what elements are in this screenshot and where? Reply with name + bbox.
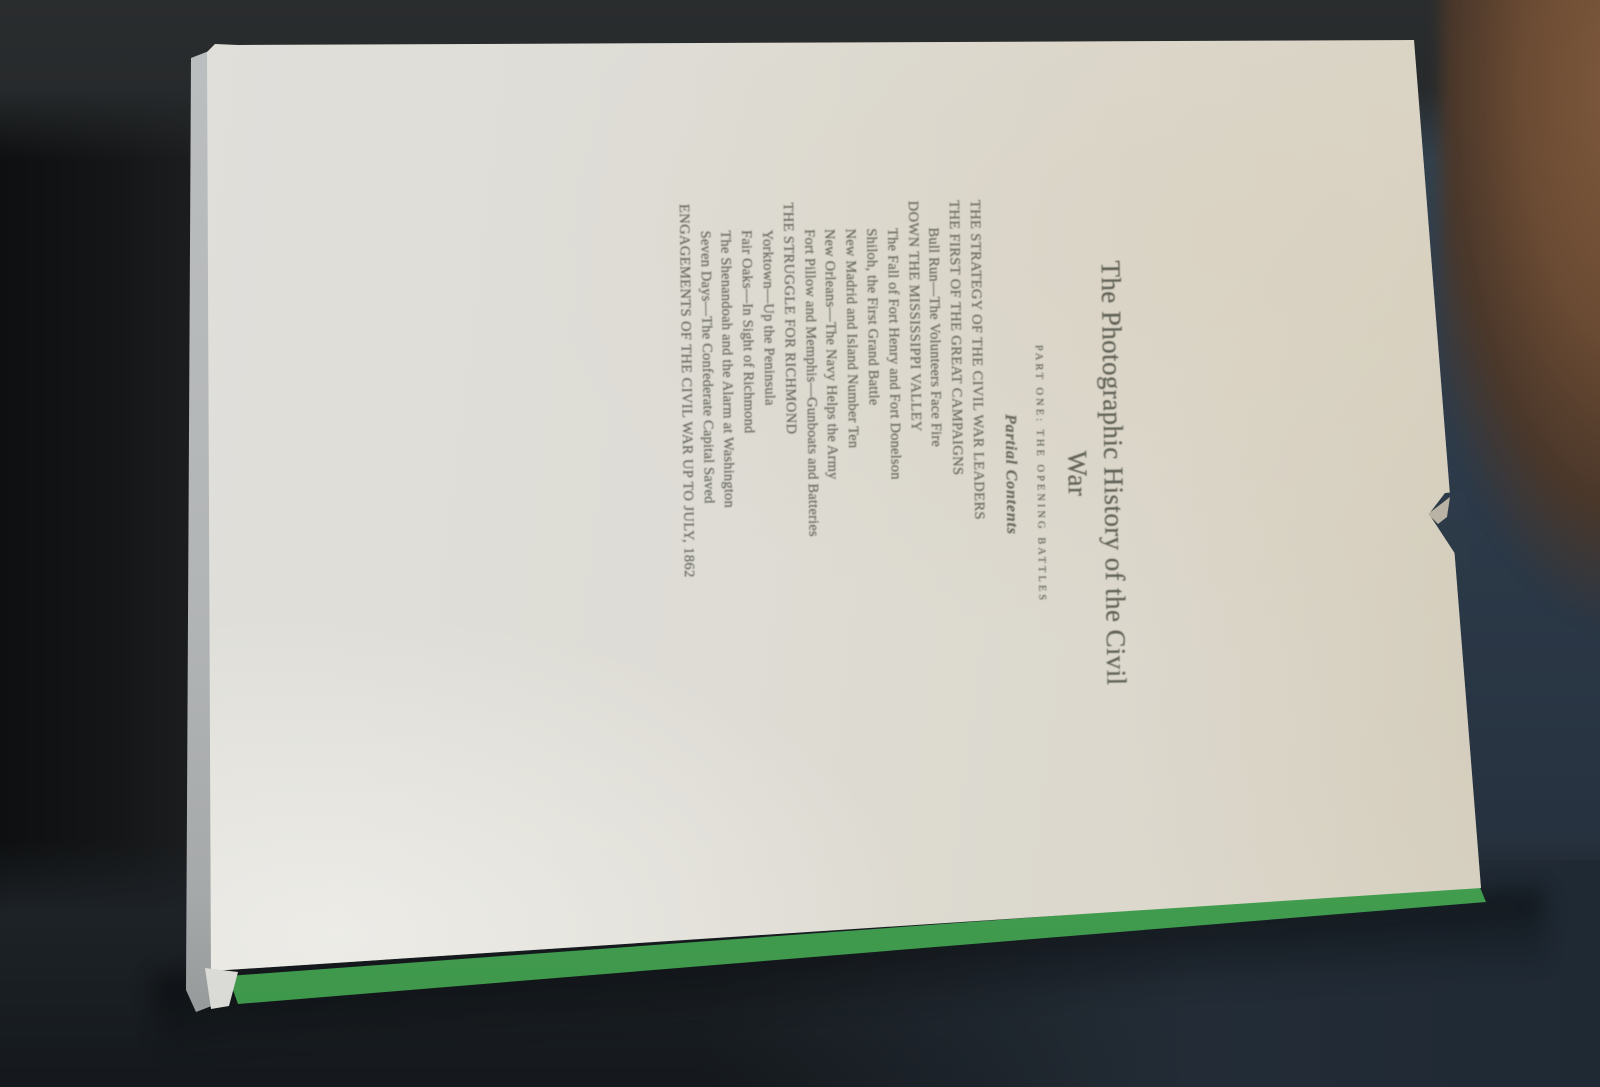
- jacket-header-group: The Photographic History of the Civil Wa…: [997, 182, 1134, 694]
- book-part-line: PART ONE: THE OPENING BATTLES: [1031, 255, 1048, 693]
- jacket-printed-text: The Photographic History of the Civil Wa…: [661, 182, 1134, 698]
- book-title: The Photographic History of the Civil Wa…: [1056, 254, 1134, 693]
- contents-list: THE STRATEGY OF THE CIVIL WAR LEADERSTHE…: [673, 184, 992, 698]
- blurred-brown-object: [1440, 0, 1600, 760]
- contents-heading: Partial Contents: [998, 255, 1022, 693]
- photo-scene: The Photographic History of the Civil Wa…: [0, 0, 1600, 1087]
